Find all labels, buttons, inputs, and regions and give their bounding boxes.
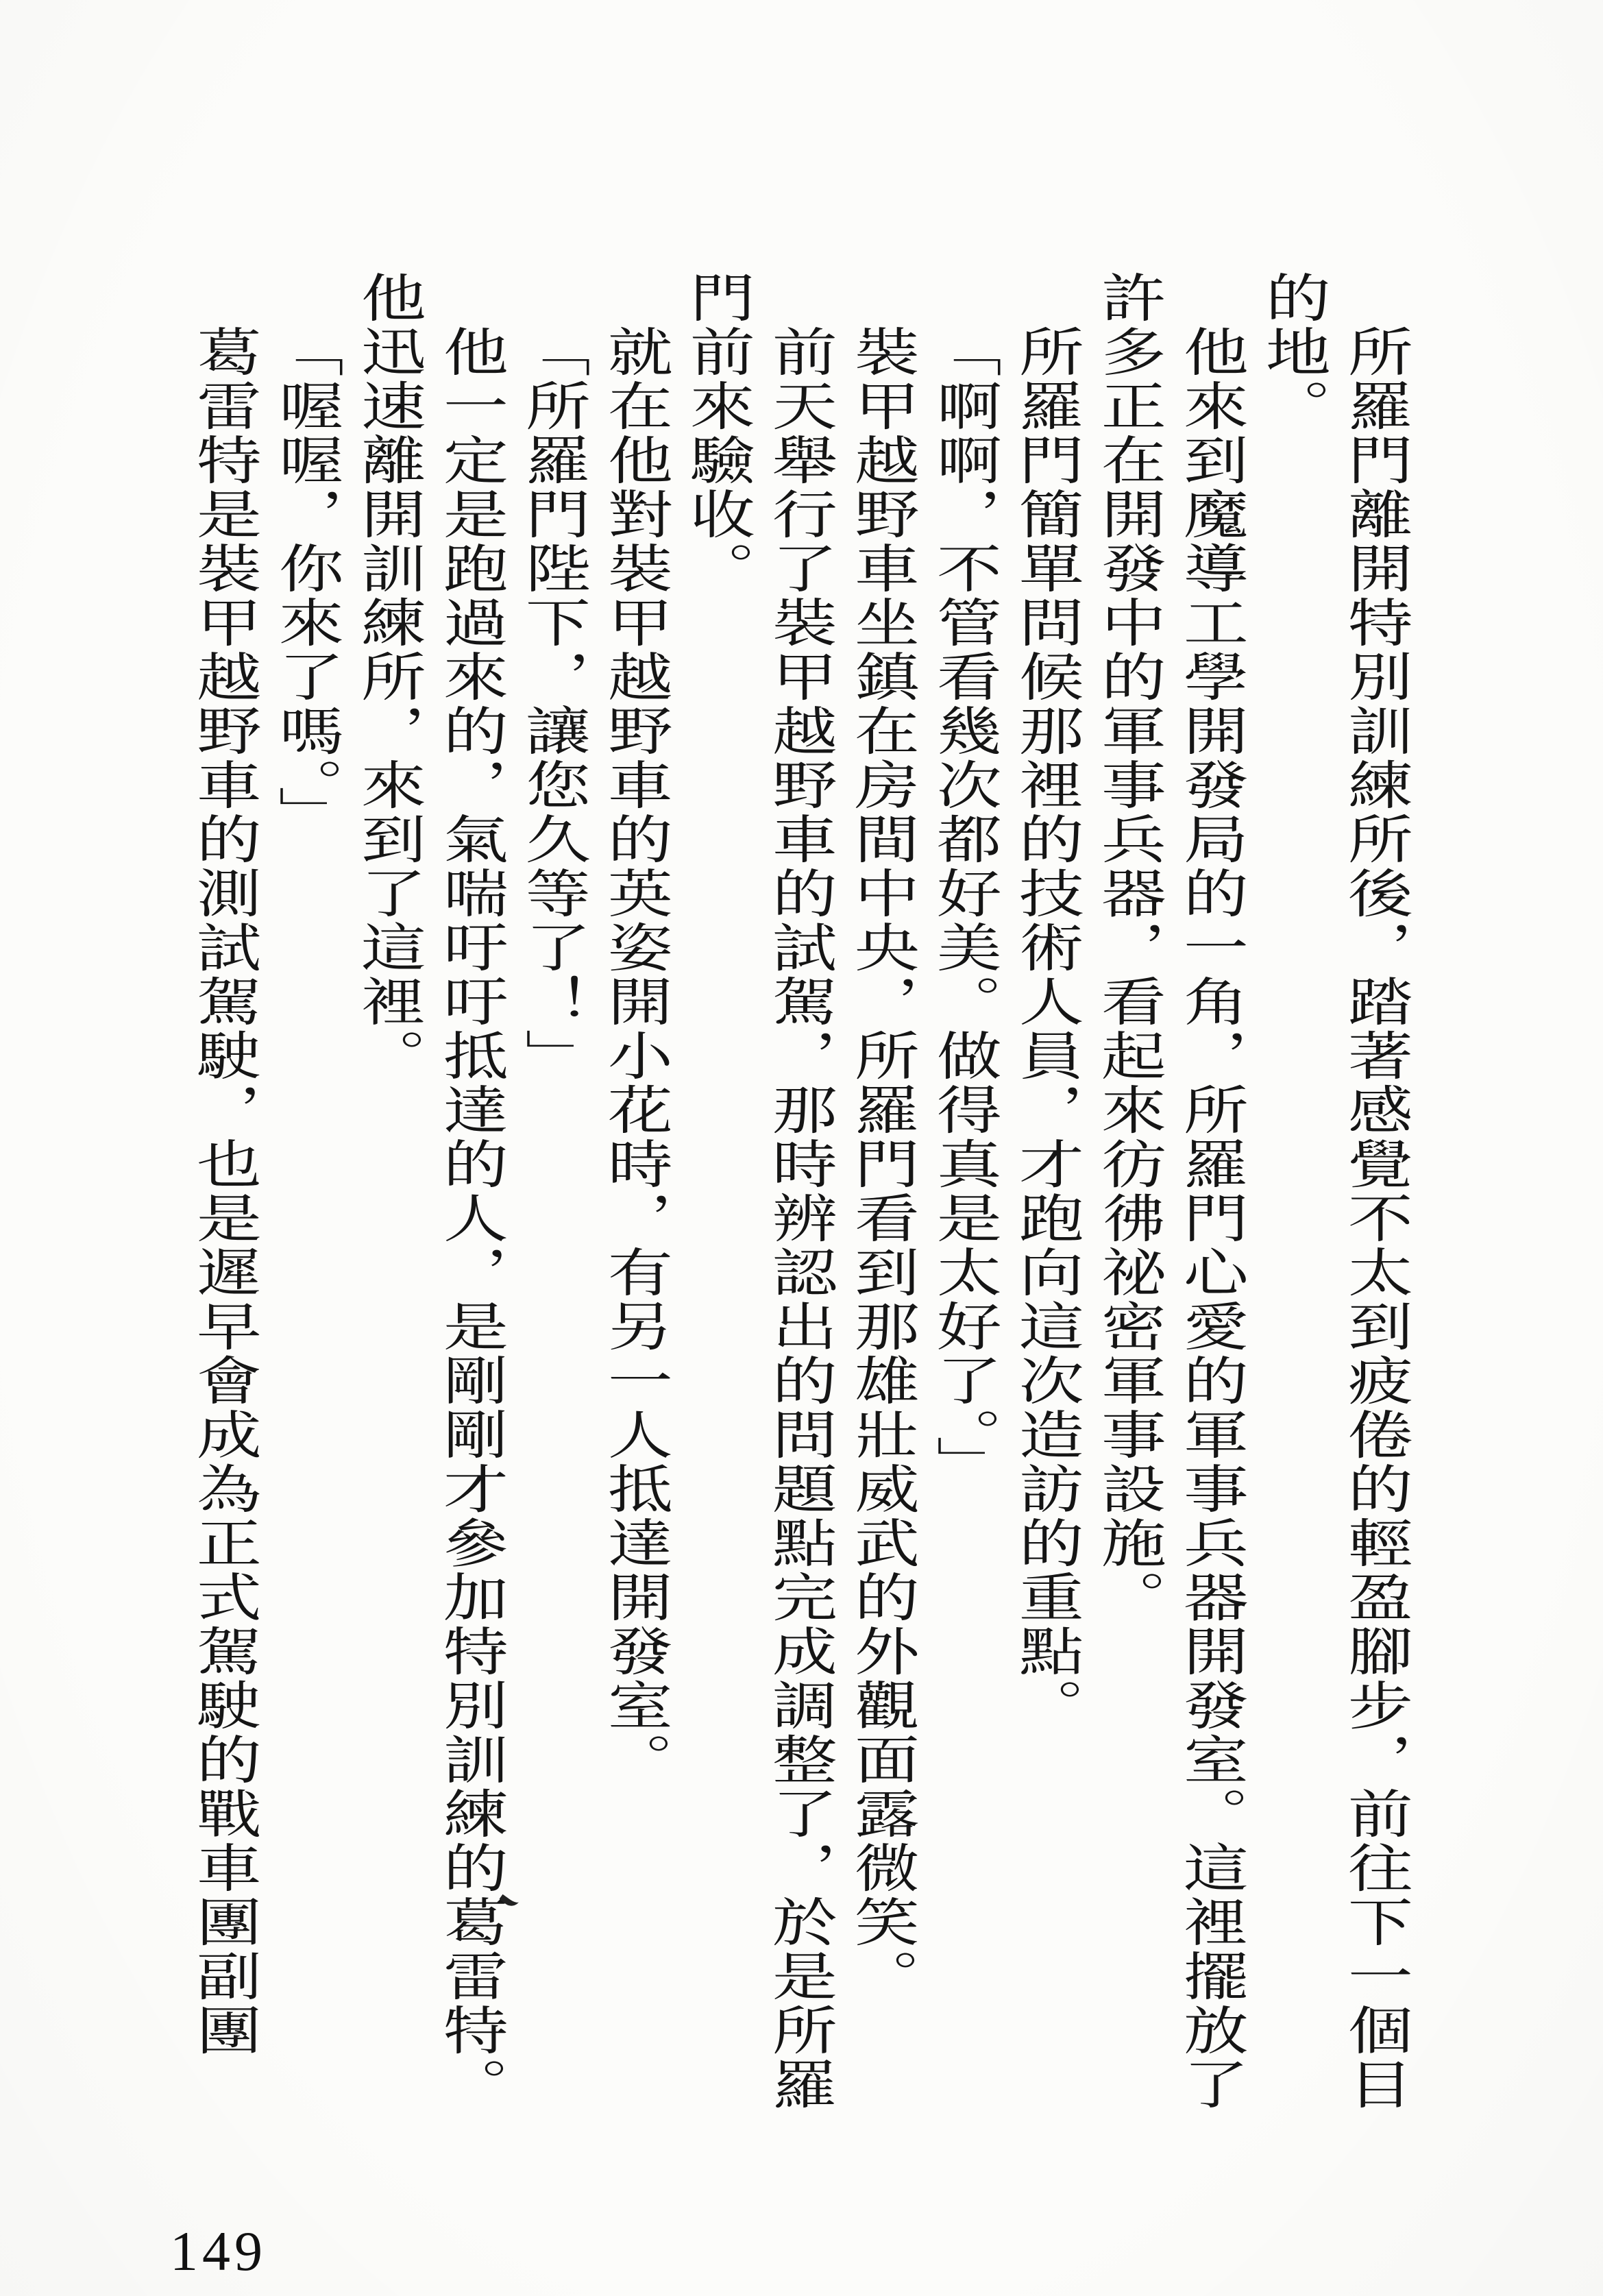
page-number: 149: [170, 2219, 267, 2284]
text-column-9: 門前來驗收。: [675, 271, 757, 2112]
text-column-5: 所羅門簡單問候那裡的技術人員，才跑向這次造訪的重點。: [1004, 271, 1086, 2112]
text-column-13: 他迅速離開訓練所，來到了這裡。: [346, 271, 428, 2112]
text-column-1: 所羅門離開特別訓練所後，踏著感覺不太到疲倦的輕盈腳步，前往下一個目: [1333, 271, 1415, 2112]
text-column-14: ﹁喔喔，你來了嗎。﹂: [264, 271, 346, 2112]
text-column-11: ﹁所羅門陛下，讓您久等了！﹂: [511, 271, 593, 2112]
text-column-3: 他來到魔導工學開發局的一角，所羅門心愛的軍事兵器開發室。這裡擺放了: [1168, 271, 1251, 2112]
body-text: 所羅門離開特別訓練所後，踏著感覺不太到疲倦的輕盈腳步，前往下一個目的地。他來到魔…: [182, 271, 1415, 2112]
text-column-6: ﹁啊啊，不管看幾次都好美。做得真是太好了。﹂: [922, 271, 1004, 2112]
text-column-7: 裝甲越野車坐鎮在房間中央，所羅門看到那雄壯威武的外觀面露微笑。: [840, 271, 922, 2112]
text-column-12: 他一定是跑過來的，氣喘吁吁抵達的人，是剛剛才參加特別訓練的葛雷特。: [428, 271, 511, 2112]
text-column-8: 前天舉行了裝甲越野車的試駕，那時辨認出的問題點完成調整了，於是所羅: [757, 271, 840, 2112]
text-column-2: 的地。: [1251, 271, 1333, 2112]
text-column-10: 就在他對裝甲越野車的英姿開小花時，有另一人抵達開發室。: [593, 271, 675, 2112]
text-column-15: 葛雷特是裝甲越野車的測試駕駛，也是遲早會成為正式駕駛的戰車團副團: [182, 271, 264, 2112]
text-column-4: 許多正在開發中的軍事兵器，看起來彷彿祕密軍事設施。: [1086, 271, 1168, 2112]
book-page: 所羅門離開特別訓練所後，踏著感覺不太到疲倦的輕盈腳步，前往下一個目的地。他來到魔…: [0, 0, 1603, 2296]
